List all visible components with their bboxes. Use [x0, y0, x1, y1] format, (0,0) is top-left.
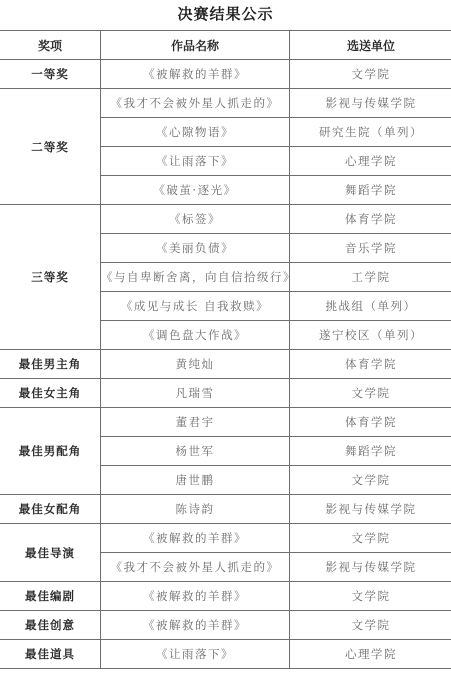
work-cell: 陈诗韵 — [101, 495, 290, 524]
table-row: 最佳女配角 陈诗韵 影视与传媒学院 — [0, 495, 451, 524]
table-row: 最佳编剧 《被解救的羊群》 文学院 — [0, 582, 451, 611]
award-cell: 最佳编剧 — [0, 582, 101, 611]
unit-cell: 心理学院 — [290, 147, 451, 176]
award-cell: 最佳男主角 — [0, 350, 101, 379]
unit-cell: 文学院 — [290, 524, 451, 553]
table-row: 最佳创意 《被解救的羊群》 文学院 — [0, 611, 451, 640]
work-cell: 《让雨落下》 — [101, 147, 290, 176]
award-cell: 二等奖 — [0, 89, 101, 205]
unit-cell: 舞蹈学院 — [290, 437, 451, 466]
table-header-row: 奖项 作品名称 选送单位 — [0, 31, 451, 60]
work-cell: 《被解救的羊群》 — [101, 611, 290, 640]
work-cell: 杨世军 — [101, 437, 290, 466]
table-row: 最佳男配角 董君宇 体育学院 — [0, 408, 451, 437]
table-row: 最佳导演 《被解救的羊群》 文学院 — [0, 524, 451, 553]
work-cell: 《成见与成长 自我救赎》 — [101, 292, 290, 321]
work-cell: 《心隙物语》 — [101, 118, 290, 147]
unit-cell: 工学院 — [290, 263, 451, 292]
unit-cell: 体育学院 — [290, 350, 451, 379]
table-row: 最佳女主角 凡瑞雪 文学院 — [0, 379, 451, 408]
work-cell: 董君宇 — [101, 408, 290, 437]
work-cell: 《被解救的羊群》 — [101, 582, 290, 611]
table-row: 最佳男主角 黄纯灿 体育学院 — [0, 350, 451, 379]
award-cell: 最佳创意 — [0, 611, 101, 640]
unit-cell: 遂宁校区（单列） — [290, 321, 451, 350]
work-cell: 《破茧·逐光》 — [101, 176, 290, 205]
award-cell: 最佳导演 — [0, 524, 101, 582]
work-cell: 《我才不会被外星人抓走的》 — [101, 553, 290, 582]
header-work-name: 作品名称 — [101, 31, 290, 60]
unit-cell: 文学院 — [290, 611, 451, 640]
unit-cell: 音乐学院 — [290, 234, 451, 263]
work-cell: 凡瑞雪 — [101, 379, 290, 408]
award-cell: 一等奖 — [0, 60, 101, 89]
table-row: 二等奖 《我才不会被外星人抓走的》 影视与传媒学院 — [0, 89, 451, 118]
work-cell: 《让雨落下》 — [101, 640, 290, 669]
unit-cell: 文学院 — [290, 466, 451, 495]
award-cell: 最佳女配角 — [0, 495, 101, 524]
award-cell: 三等奖 — [0, 205, 101, 350]
work-cell: 《被解救的羊群》 — [101, 60, 290, 89]
work-cell: 《调色盘大作战》 — [101, 321, 290, 350]
work-cell: 《我才不会被外星人抓走的》 — [101, 89, 290, 118]
unit-cell: 影视与传媒学院 — [290, 89, 451, 118]
unit-cell: 挑战组（单列） — [290, 292, 451, 321]
unit-cell: 影视与传媒学院 — [290, 495, 451, 524]
award-cell: 最佳道具 — [0, 640, 101, 669]
unit-cell: 文学院 — [290, 60, 451, 89]
work-cell: 唐世鹏 — [101, 466, 290, 495]
table-row: 最佳道具 《让雨落下》 心理学院 — [0, 640, 451, 669]
unit-cell: 研究生院（单列） — [290, 118, 451, 147]
unit-cell: 文学院 — [290, 582, 451, 611]
header-submitting-unit: 选送单位 — [290, 31, 451, 60]
unit-cell: 体育学院 — [290, 205, 451, 234]
award-cell: 最佳男配角 — [0, 408, 101, 495]
award-cell: 最佳女主角 — [0, 379, 101, 408]
table-row: 三等奖 《标签》 体育学院 — [0, 205, 451, 234]
work-cell: 《美丽负债》 — [101, 234, 290, 263]
results-table: 奖项 作品名称 选送单位 一等奖 《被解救的羊群》 文学院 二等奖 《我才不会被… — [0, 30, 451, 669]
unit-cell: 体育学院 — [290, 408, 451, 437]
header-award: 奖项 — [0, 31, 101, 60]
table-row: 一等奖 《被解救的羊群》 文学院 — [0, 60, 451, 89]
work-cell: 《与自卑断舍离，向自信拾级行》 — [101, 263, 290, 292]
unit-cell: 影视与传媒学院 — [290, 553, 451, 582]
work-cell: 《被解救的羊群》 — [101, 524, 290, 553]
work-cell: 《标签》 — [101, 205, 290, 234]
page-title: 决赛结果公示 — [0, 0, 451, 30]
unit-cell: 文学院 — [290, 379, 451, 408]
unit-cell: 舞蹈学院 — [290, 176, 451, 205]
unit-cell: 心理学院 — [290, 640, 451, 669]
work-cell: 黄纯灿 — [101, 350, 290, 379]
